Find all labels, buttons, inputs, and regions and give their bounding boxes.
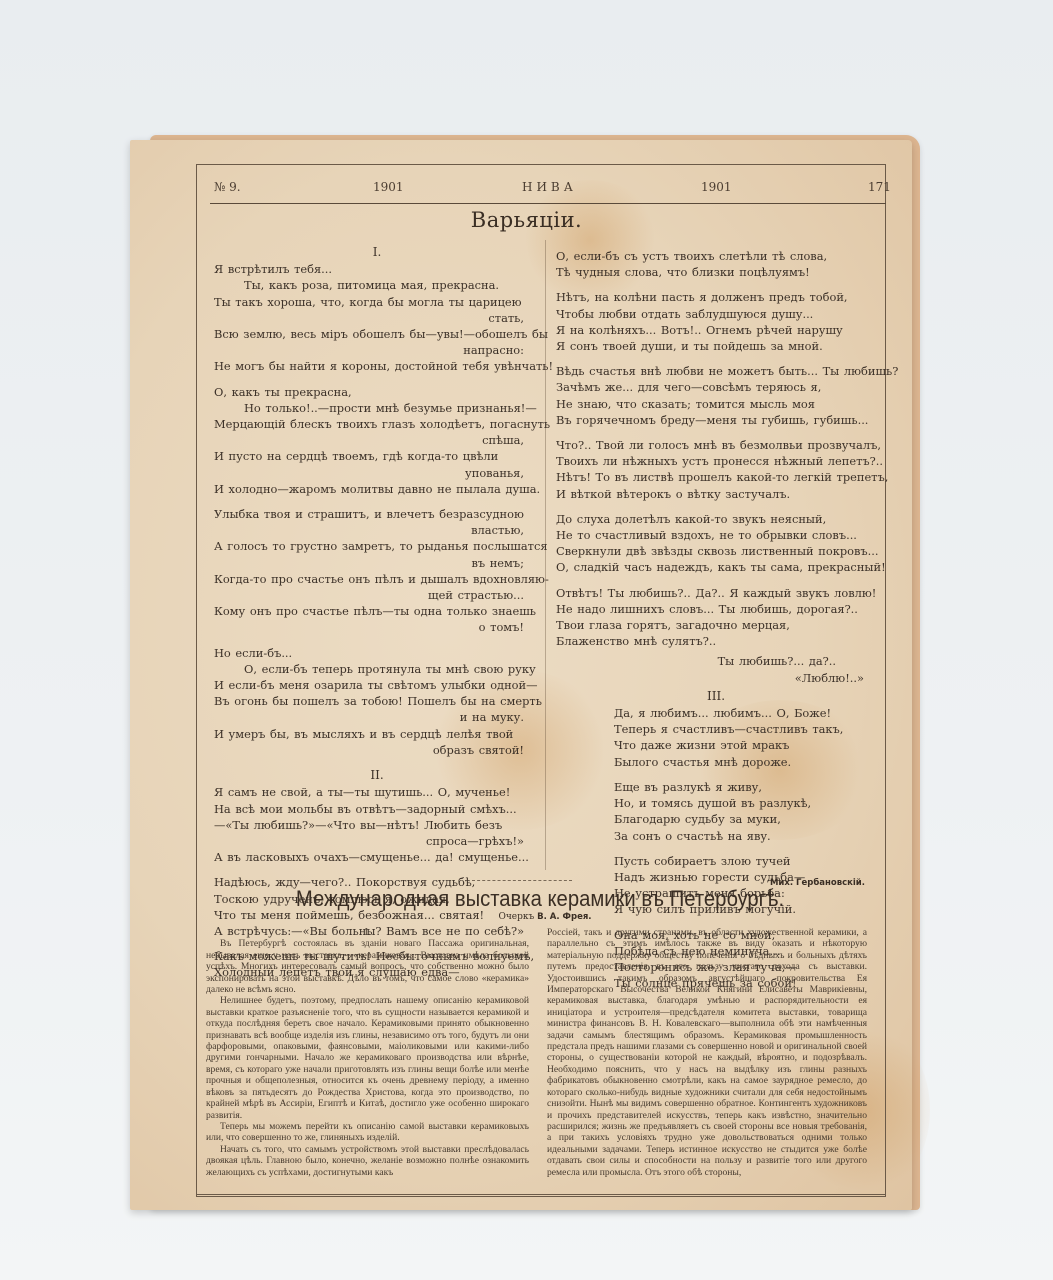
verse-line: Блаженство мнѣ сулятъ?.. [556,633,876,649]
verse-line: спѣша, [214,432,540,448]
journal-title: НИВА [522,180,577,194]
stanza: Да, я любимъ... любимъ... О, Боже! Тепер… [556,705,876,770]
stanza: Нѣтъ, на колѣни пасть я долженъ предъ то… [556,289,876,354]
verse-line: Что даже жизни этой мракъ [614,737,876,753]
stanza: О, какъ ты прекрасна, Но только!..—прост… [214,384,540,497]
verse-line: Что?.. Твой ли голосъ мнѣ въ безмолвьи п… [556,437,876,453]
article-paragraph: Начать съ того, что самымъ устройствомъ … [206,1144,529,1178]
article-left-column: I. Въ Петербургѣ состоялась въ зданіи но… [206,927,529,1178]
verse-line: И пусто на сердцѣ твоемъ, гдѣ когда-то ц… [214,448,540,464]
verse-line: Зачѣмъ же... для чего—совсѣмъ теряюсь я, [556,379,876,395]
verse-line: Но, и томясь душой въ разлукѣ, [614,795,876,811]
verse-line: и на муку. [214,709,540,725]
running-head: № 9. 1901 НИВА 1901 171 [210,180,886,204]
verse-line: И если-бъ меня озарила ты свѣтомъ улыбки… [214,677,540,693]
verse-line: властью, [214,522,540,538]
verse-line: О, сладкій часъ надеждъ, какъ ты сама, п… [556,559,876,575]
verse-line: О, какъ ты прекрасна, [214,384,540,400]
stanza: Отвѣтъ! Ты любишь?.. Да?.. Я каждый звук… [556,585,876,650]
verse-line: Твои глаза горятъ, загадочно мерцая, [556,617,876,633]
verse-line: спроса—грѣхъ!» [214,833,540,849]
stanza: Улыбка твоя и страшитъ, и влечетъ безраз… [214,506,540,636]
verse-line: Еще въ разлукѣ я живу, [614,779,876,795]
verse-line: Чтобы любви отдать заблудшуюся душу... [556,306,876,322]
verse-line: Я сонъ твоей души, и ты пойдешь за мной. [556,338,876,354]
verse-line: До слуха долетѣлъ какой-то звукъ неясный… [556,511,876,527]
verse-line: А въ ласковыхъ очахъ—смущенье... да! сму… [214,849,540,865]
verse-line: А голосъ то грустно замретъ, то рыданья … [214,538,540,554]
verse-line: Да, я любимъ... любимъ... О, Боже! [614,705,876,721]
verse-line: Ты такъ хороша, что, когда бы могла ты ц… [214,294,540,310]
article-paragraph: Россіей, такъ и другими странами, въ обл… [547,927,867,1178]
stanza: Вѣдь счастья внѣ любви не можетъ быть...… [556,363,876,428]
article-section-numeral: I. [206,927,529,938]
verse-line: Не знаю, что сказать; томится мысль моя [556,396,876,412]
stanza: Еще въ разлукѣ я живу, Но, и томясь душо… [556,779,876,844]
verse-line: Нѣтъ! То въ листвѣ прошелъ какой-то легк… [556,469,876,485]
verse-line: Я самъ не свой, а ты—ты шутишь... О, муч… [214,784,540,800]
verse-line: образъ святой! [214,742,540,758]
stanza: Я самъ не свой, а ты—ты шутишь... О, муч… [214,784,540,865]
verse-line: Въ горячечномъ бреду—меня ты губишь, губ… [556,412,876,428]
verse-line: Благодарю судьбу за муки, [614,811,876,827]
verse-line: Не надо лишнихъ словъ... Ты любишь, доро… [556,601,876,617]
article-paragraph: Нелишнее будетъ, поэтому, предпослать на… [206,995,529,1120]
verse-line: въ немъ; [214,555,540,571]
verse-line: Сверкнули двѣ звѣзды сквозь лиственный п… [556,543,876,559]
verse-line: Тѣ чудныя слова, что близки поцѣлуямъ! [556,264,876,280]
verse-line: И холодно—жаромъ молитвы давно не пылала… [214,481,540,497]
verse-line: Я встрѣтилъ тебя... [214,261,540,277]
article-title: Международная выставка керамики въ Петер… [43,886,1037,912]
section-separator [472,880,572,881]
verse-line: —«Ты любишь?»—«Что вы—нѣтъ! Любить безъ [214,817,540,833]
article-right-column: Россіей, такъ и другими странами, въ обл… [547,927,867,1178]
verse-line: Былого счастья мнѣ дороже. [614,754,876,770]
issue-number: № 9. [214,180,241,194]
stanza: О, если-бъ съ устъ твоихъ слетѣли тѣ сло… [556,248,876,280]
part-numeral: III. [556,688,876,704]
year-left: 1901 [373,180,404,194]
verse-line: Но только!..—прости мнѣ безумье признань… [214,400,540,416]
verse-line: Всю землю, весь міръ обошелъ бы—увы!—обо… [214,326,540,342]
verse-line: Вѣдь счастья внѣ любви не можетъ быть...… [556,363,876,379]
verse-line: Кому онъ про счастье пѣлъ—ты одна только… [214,603,540,619]
verse-line: Не могъ бы найти я короны, достойной теб… [214,358,540,374]
article-paragraph: Въ Петербургѣ состоялась въ зданіи новаг… [206,938,529,995]
verse-line: о томъ! [214,619,540,635]
verse-line: Когда-то про счастье онъ пѣлъ и дышалъ в… [214,571,540,587]
poem-left-column: I. Я встрѣтилъ тебя... Ты, какъ роза, пи… [214,244,540,990]
stanza: Что?.. Твой ли голосъ мнѣ въ безмолвьи п… [556,437,876,502]
verse-line: И вѣткой вѣтерокъ о вѣтку застучалъ. [556,486,876,502]
article-byline: Очеркъ В. А. Фрея. [0,912,1053,922]
verse-line: И умеръ бы, въ мысляхъ и въ сердцѣ лелѣя… [214,726,540,742]
year-right: 1901 [701,180,732,194]
verse-line: Ты любишь?... да?.. [556,653,876,669]
header-rule [210,203,886,204]
verse-line: стать, [214,310,540,326]
poem-title: Варьяціи. [0,208,1053,232]
verse-line: Въ огонь бы пошелъ за тобою! Пошелъ бы н… [214,693,540,709]
verse-line: «Люблю!..» [556,670,876,686]
verse-line: Отвѣтъ! Ты любишь?.. Да?.. Я каждый звук… [556,585,876,601]
verse-line: На всѣ мои мольбы въ отвѣтъ—задорный смѣ… [214,801,540,817]
verse-line: Улыбка твоя и страшитъ, и влечетъ безраз… [214,506,540,522]
verse-line: Твоихъ ли нѣжныхъ устъ пронесся нѣжный л… [556,453,876,469]
verse-line: Не то счастливый вздохъ, не то обрывки с… [556,527,876,543]
footer-rule [196,1194,886,1195]
page-number: 171 [868,180,891,194]
verse-line: напрасно: [214,342,540,358]
verse-line: Теперь я счастливъ—счастливъ такъ, [614,721,876,737]
byline-author: В. А. Фрея. [537,912,591,922]
stanza: До слуха долетѣлъ какой-то звукъ неясный… [556,511,876,576]
verse-line: Нѣтъ, на колѣни пасть я долженъ предъ то… [556,289,876,305]
verse-line: Мерцающій блескъ твоихъ глазъ холодѣетъ,… [214,416,540,432]
verse-line: О, если-бъ съ устъ твоихъ слетѣли тѣ сло… [556,248,876,264]
verse-line: Пусть собираетъ злою тучей [614,853,876,869]
stanza: Но если-бъ... О, если-бъ теперь протянул… [214,645,540,758]
verse-line: Ты, какъ роза, питомица мая, прекрасна. [214,277,540,293]
part-numeral: II. [214,767,540,783]
verse-line: Я на колѣняхъ... Вотъ!.. Огнемъ рѣчей на… [556,322,876,338]
byline-prefix: Очеркъ [498,912,534,922]
verse-line: щей страстью... [214,587,540,603]
verse-line: За сонъ о счастьѣ на яву. [614,828,876,844]
stanza: Я встрѣтилъ тебя... Ты, какъ роза, питом… [214,261,540,374]
verse-line: упованья, [214,465,540,481]
verse-line: О, если-бъ теперь протянула ты мнѣ свою … [214,661,540,677]
verse-line: Но если-бъ... [214,645,540,661]
article-paragraph: Теперь мы можемъ перейти къ описанію сам… [206,1121,529,1144]
part-numeral: I. [214,244,540,260]
